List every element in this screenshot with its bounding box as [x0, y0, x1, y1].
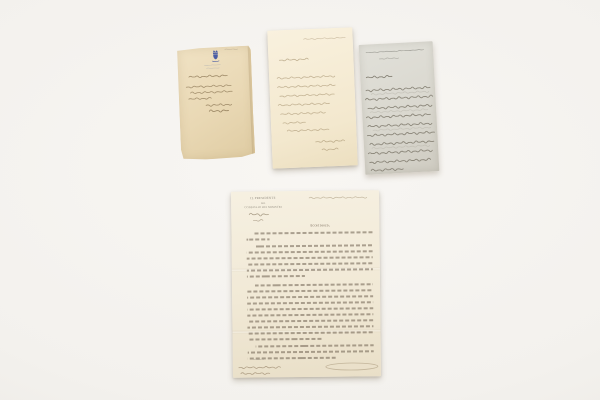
letter-gray-handwritten	[359, 41, 440, 175]
letter-cream-handwritten	[267, 27, 357, 168]
cream-letter-handwriting	[267, 27, 357, 168]
photo-scene: IL PRESIDENTE DEL CONSIGLIO DEI MINISTRI…	[0, 0, 600, 400]
letter-note-with-crest	[177, 45, 256, 160]
letter-typed-official: IL PRESIDENTE DEL CONSIGLIO DEI MINISTRI…	[231, 190, 381, 378]
gray-letter-handwriting	[359, 41, 440, 175]
typed-letter-annotations	[231, 190, 381, 378]
note-handwriting	[177, 45, 256, 160]
